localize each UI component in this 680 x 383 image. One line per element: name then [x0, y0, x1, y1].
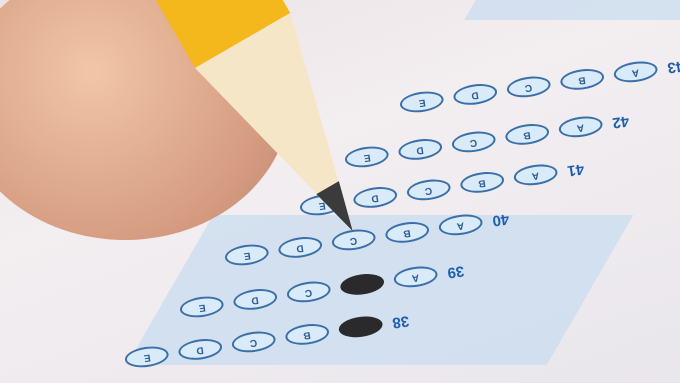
bubble[interactable]: A	[613, 59, 659, 85]
bubble[interactable]: E	[124, 344, 170, 370]
bubble[interactable]: B	[559, 66, 605, 92]
bubble[interactable]: A	[513, 162, 559, 188]
question-number: 39	[446, 262, 465, 281]
bubble[interactable]: E	[399, 89, 445, 115]
question-number: 40	[491, 210, 510, 229]
bubble[interactable]: B	[504, 121, 550, 147]
bubble[interactable]: C	[451, 129, 497, 155]
bubble[interactable]: B	[459, 169, 505, 195]
question-number: 42	[611, 112, 630, 131]
answer-row-43: E D C B A 43	[399, 55, 680, 115]
bubble[interactable]: D	[397, 136, 443, 162]
question-number: 43	[666, 57, 680, 76]
bubble[interactable]: A	[558, 114, 604, 140]
bubble[interactable]: C	[506, 74, 552, 100]
answer-row-42: E D C B A 42	[344, 110, 631, 170]
question-number: 38	[391, 312, 410, 331]
highlight-band	[464, 0, 680, 20]
bubble[interactable]: C	[406, 177, 452, 203]
question-number: 41	[566, 160, 585, 179]
bubble[interactable]: D	[452, 81, 498, 107]
